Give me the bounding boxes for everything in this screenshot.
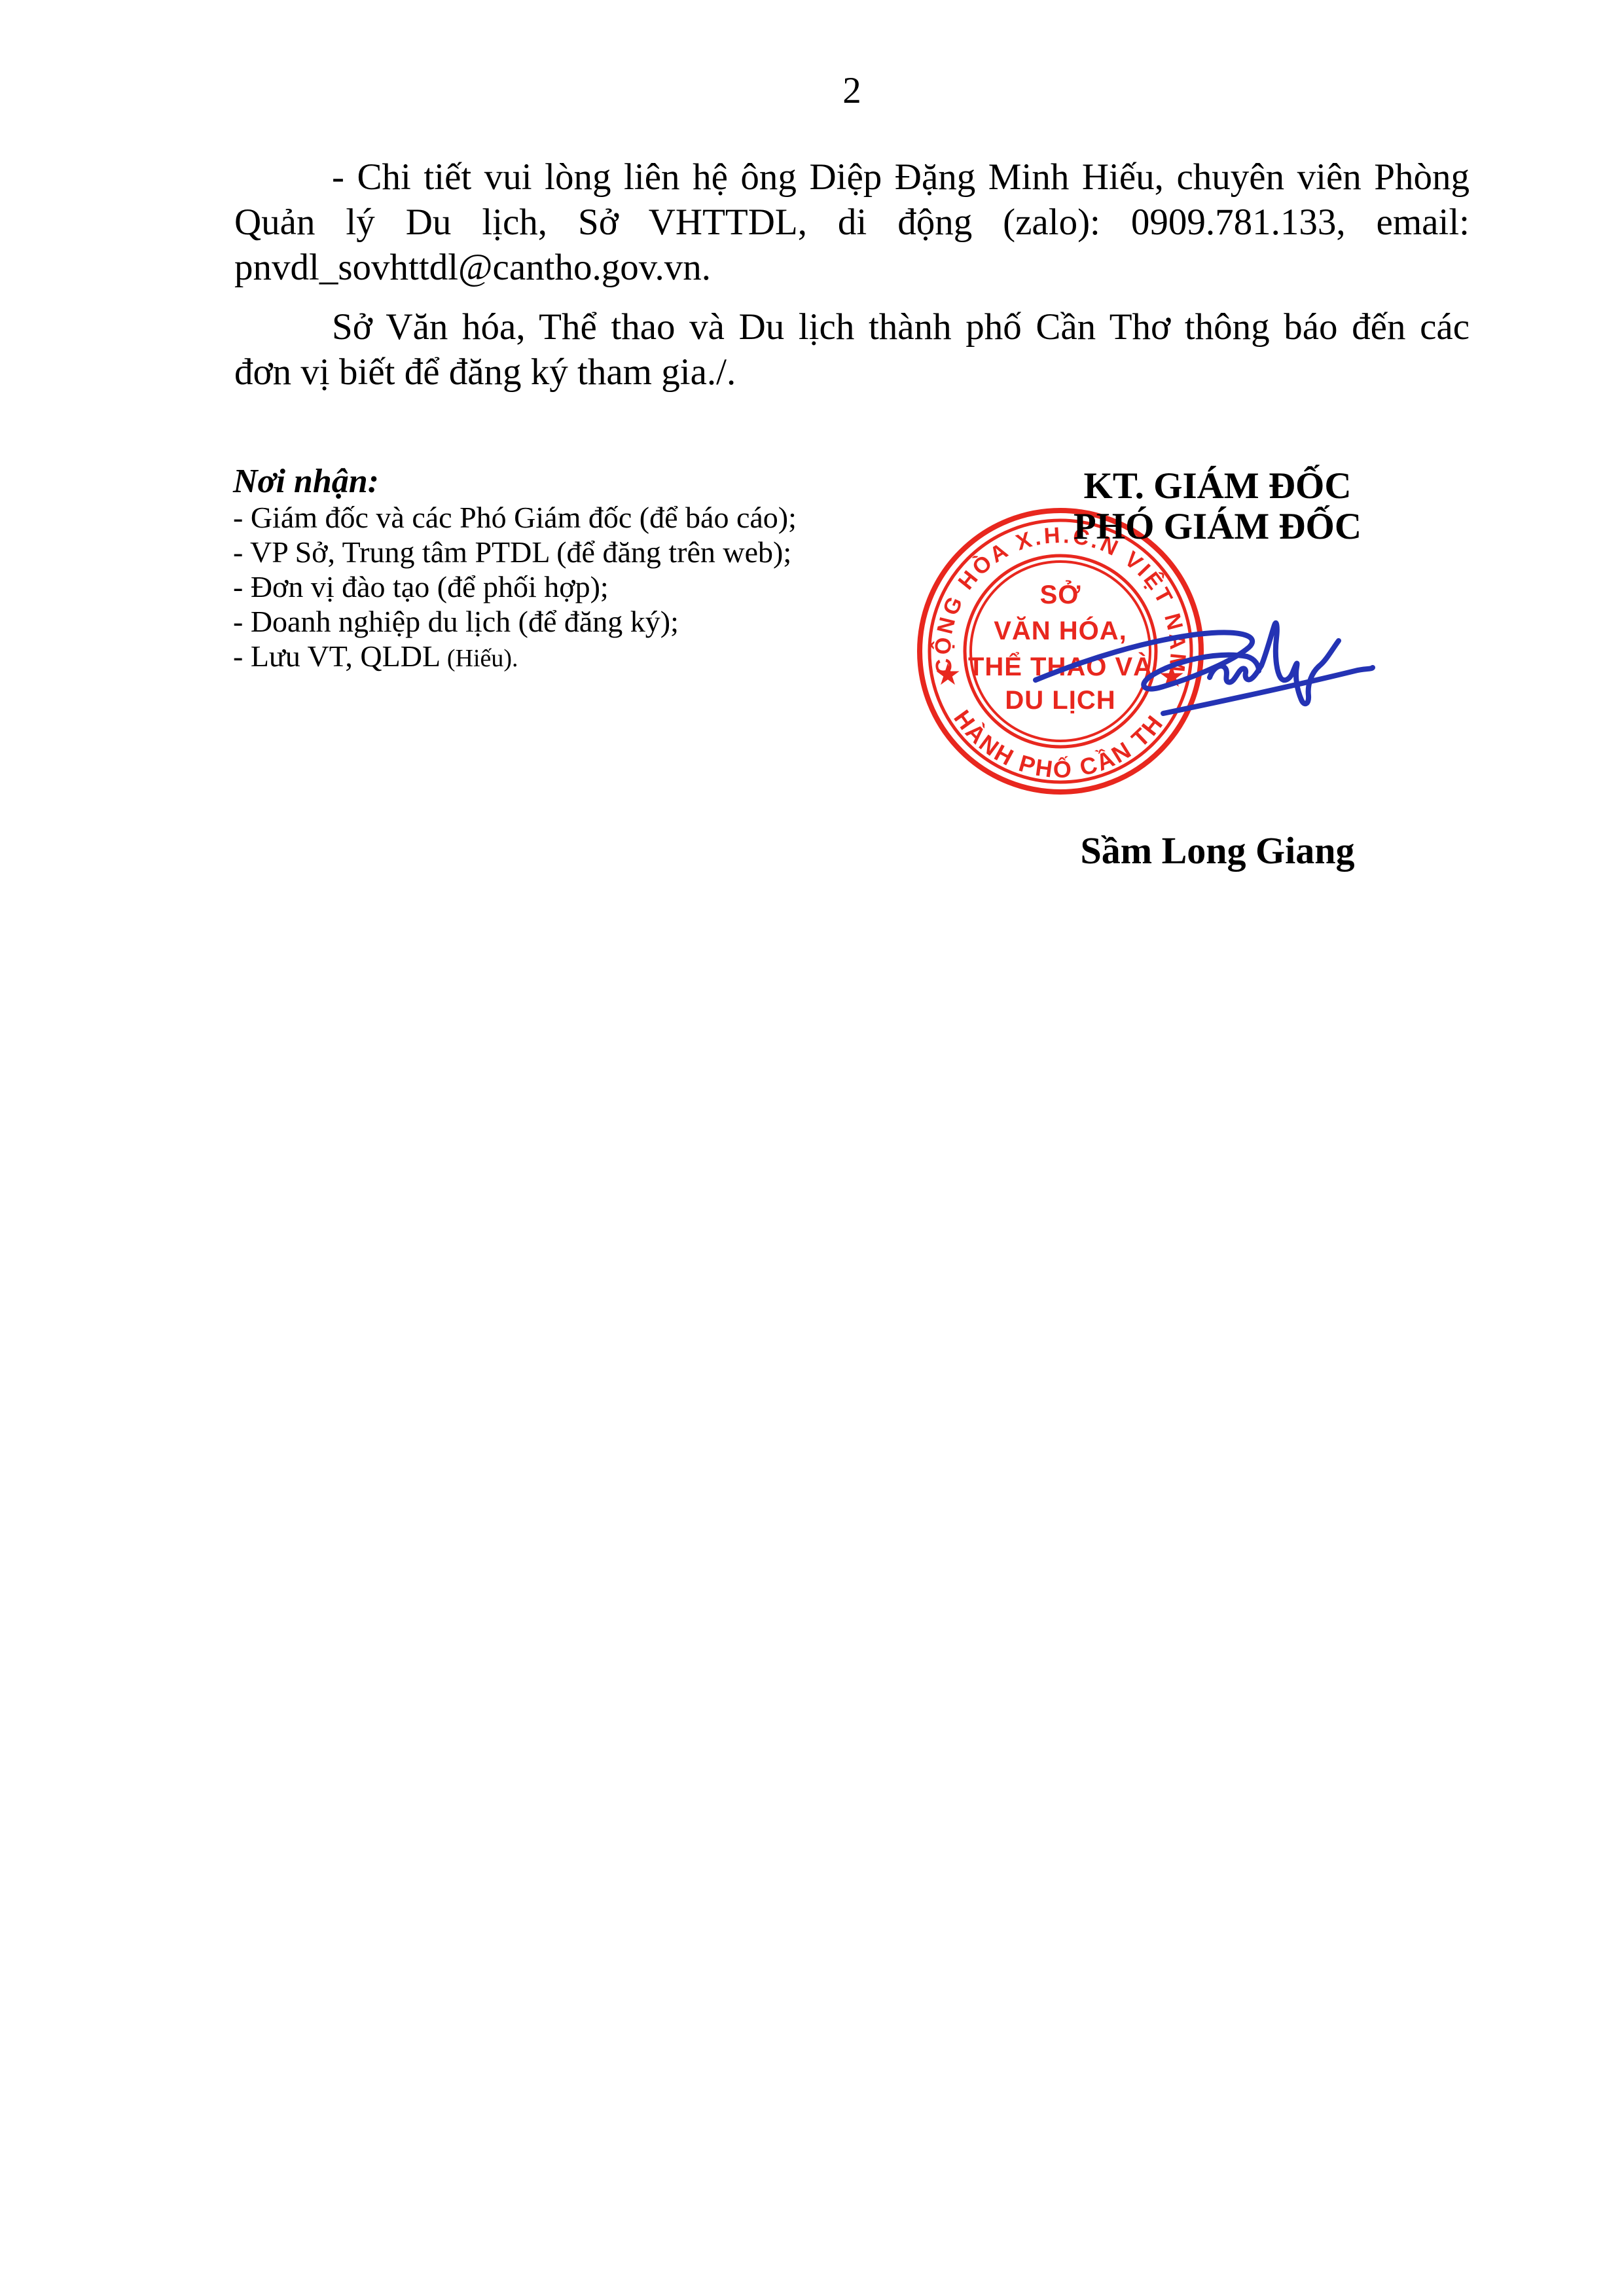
- page-number: 2: [234, 71, 1470, 111]
- paragraph-line: Quản lý Du lịch, Sở VHTTDL, di động (zal…: [234, 200, 1470, 245]
- recipient-item-archive-note: (Hiếu).: [447, 645, 518, 672]
- recipient-item-archive: - Lưu VT, QLDL (Hiếu).: [233, 639, 822, 676]
- recipient-item: - Giám đốc và các Phó Giám đốc (để báo c…: [233, 500, 822, 535]
- recipients-block: Nơi nhận: - Giám đốc và các Phó Giám đốc…: [233, 463, 822, 676]
- recipients-heading: Nơi nhận:: [233, 463, 822, 500]
- signer-name: Sầm Long Giang: [956, 830, 1479, 872]
- paragraph-line-email: pnvdl_sovhttdl@cantho.gov.vn.: [234, 245, 1470, 290]
- recipient-item: - VP Sở, Trung tâm PTDL (để đăng trên we…: [233, 535, 822, 569]
- recipient-item: - Đơn vị đào tạo (để phối hợp);: [233, 569, 822, 604]
- recipient-item: - Doanh nghiệp du lịch (để đăng ký);: [233, 604, 822, 639]
- recipient-item-archive-text: - Lưu VT, QLDL: [233, 639, 447, 673]
- document-page: 2 - Chi tiết vui lòng liên hệ ông Diệp Đ…: [0, 0, 1624, 2296]
- paragraph-line: đơn vị biết để đăng ký tham gia./.: [234, 350, 1470, 395]
- paragraph-contact-info: - Chi tiết vui lòng liên hệ ông Diệp Đặn…: [234, 154, 1470, 290]
- handwritten-signature: [887, 478, 1430, 825]
- paragraph-announcement: Sở Văn hóa, Thể thao và Du lịch thành ph…: [234, 304, 1470, 395]
- paragraph-line: Sở Văn hóa, Thể thao và Du lịch thành ph…: [234, 304, 1470, 350]
- paragraph-line: - Chi tiết vui lòng liên hệ ông Diệp Đặn…: [234, 154, 1470, 200]
